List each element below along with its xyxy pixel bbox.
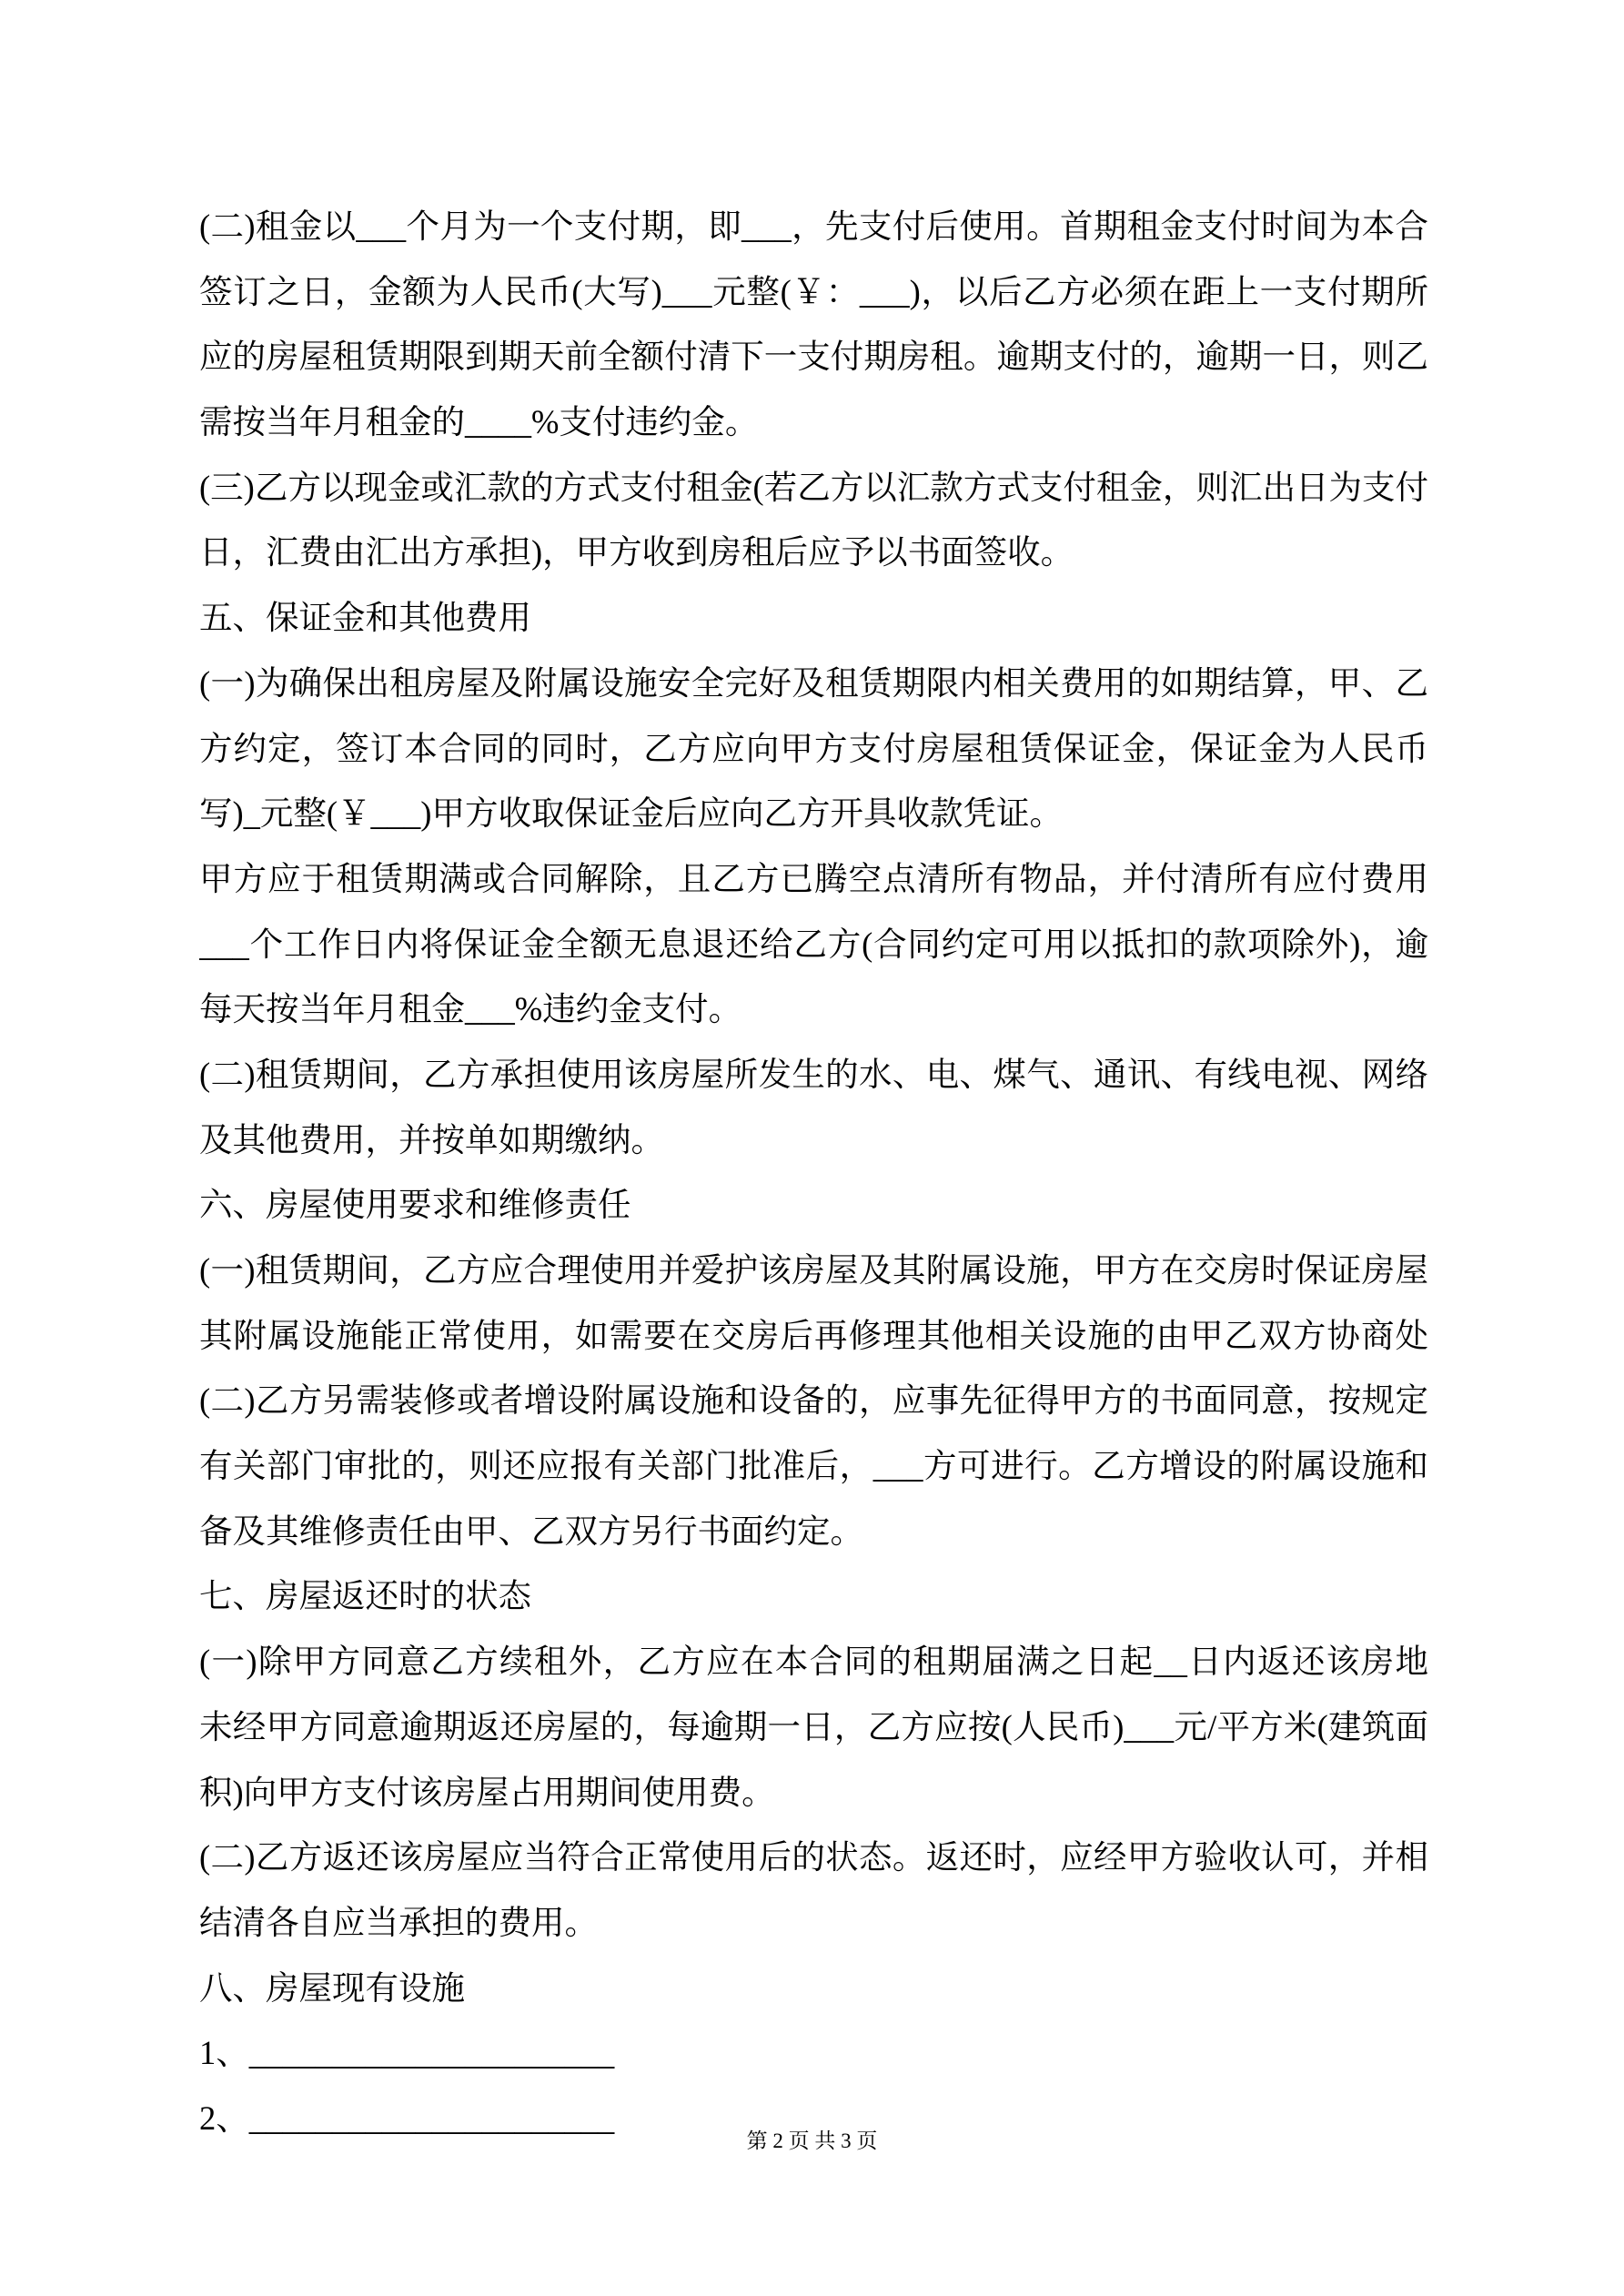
contract-line: 日，汇费由汇出方承担)，甲方收到房租后应予以书面签收。 xyxy=(199,520,1428,585)
contract-line: (二)租赁期间，乙方承担使用该房屋所发生的水、电、煤气、通讯、有线电视、网络等 xyxy=(199,1042,1428,1108)
section-heading-return-state: 七、房屋返还时的状态 xyxy=(199,1563,1428,1629)
contract-line: (一)为确保出租房屋及附属设施安全完好及租赁期限内相关费用的如期结算，甲、乙双 xyxy=(199,651,1428,716)
section-heading-existing-facilities: 八、房屋现有设施 xyxy=(199,1956,1428,2021)
contract-line: 方约定，签订本合同的同时，乙方应向甲方支付房屋租赁保证金，保证金为人民币(大 xyxy=(199,716,1428,782)
contract-line: (二)租金以___个月为一个支付期，即___，先支付后使用。首期租金支付时间为本… xyxy=(199,194,1428,259)
contract-line: 结清各自应当承担的费用。 xyxy=(199,1890,1428,1956)
contract-line: (一)租赁期间，乙方应合理使用并爱护该房屋及其附属设施，甲方在交房时保证房屋及 xyxy=(199,1238,1428,1303)
contract-line: 需按当年月租金的____%支付违约金。 xyxy=(199,389,1428,455)
page-number: 第 2 页 共 3 页 xyxy=(0,2123,1624,2159)
contract-line: ___个工作日内将保证金全额无息退还给乙方(合同约定可用以抵扣的款项除外)，逾期 xyxy=(199,912,1428,977)
contract-line: 未经甲方同意逾期返还房屋的，每逾期一日，乙方应按(人民币)___元/平方米(建筑… xyxy=(199,1694,1428,1760)
contract-line: 甲方应于租赁期满或合同解除，且乙方已腾空点清所有物品，并付清所有应付费用后， xyxy=(199,846,1428,912)
contract-line: 备及其维修责任由甲、乙双方另行书面约定。 xyxy=(199,1499,1428,1564)
contract-line: 及其他费用，并按单如期缴纳。 xyxy=(199,1108,1428,1173)
contract-line: (一)除甲方同意乙方续租外，乙方应在本合同的租期届满之日起__日内返还该房地产， xyxy=(199,1629,1428,1694)
contract-line: (二)乙方返还该房屋应当符合正常使用后的状态。返还时，应经甲方验收认可，并相互 xyxy=(199,1825,1428,1890)
contract-line: (二)乙方另需装修或者增设附属设施和设备的，应事先征得甲方的书面同意，按规定向 xyxy=(199,1368,1428,1433)
contract-line: 应的房屋租赁期限到期天前全额付清下一支付期房租。逾期支付的，逾期一日，则乙方 xyxy=(199,324,1428,389)
section-heading-usage-maintenance: 六、房屋使用要求和维修责任 xyxy=(199,1172,1428,1238)
fill-in-item-1: 1、______________________ xyxy=(199,2020,1428,2086)
contract-line: 写)_元整(￥___)甲方收取保证金后应向乙方开具收款凭证。 xyxy=(199,781,1428,846)
contract-line: (三)乙方以现金或汇款的方式支付租金(若乙方以汇款方式支付租金，则汇出日为支付 xyxy=(199,455,1428,521)
contract-line: 签订之日，金额为人民币(大写)___元整(￥：___)，以后乙方必须在距上一支付… xyxy=(199,259,1428,325)
contract-line: 每天按当年月租金___%违约金支付。 xyxy=(199,976,1428,1042)
contract-line: 有关部门审批的，则还应报有关部门批准后，___方可进行。乙方增设的附属设施和设 xyxy=(199,1433,1428,1499)
section-heading-deposit: 五、保证金和其他费用 xyxy=(199,585,1428,651)
contract-line: 积)向甲方支付该房屋占用期间使用费。 xyxy=(199,1760,1428,1826)
contract-page: (二)租金以___个月为一个支付期，即___，先支付后使用。首期租金支付时间为本… xyxy=(0,0,1624,2296)
contract-body: (二)租金以___个月为一个支付期，即___，先支付后使用。首期租金支付时间为本… xyxy=(199,194,1428,2151)
contract-line: 其附属设施能正常使用，如需要在交房后再修理其他相关设施的由甲乙双方协商处理。 xyxy=(199,1303,1428,1369)
